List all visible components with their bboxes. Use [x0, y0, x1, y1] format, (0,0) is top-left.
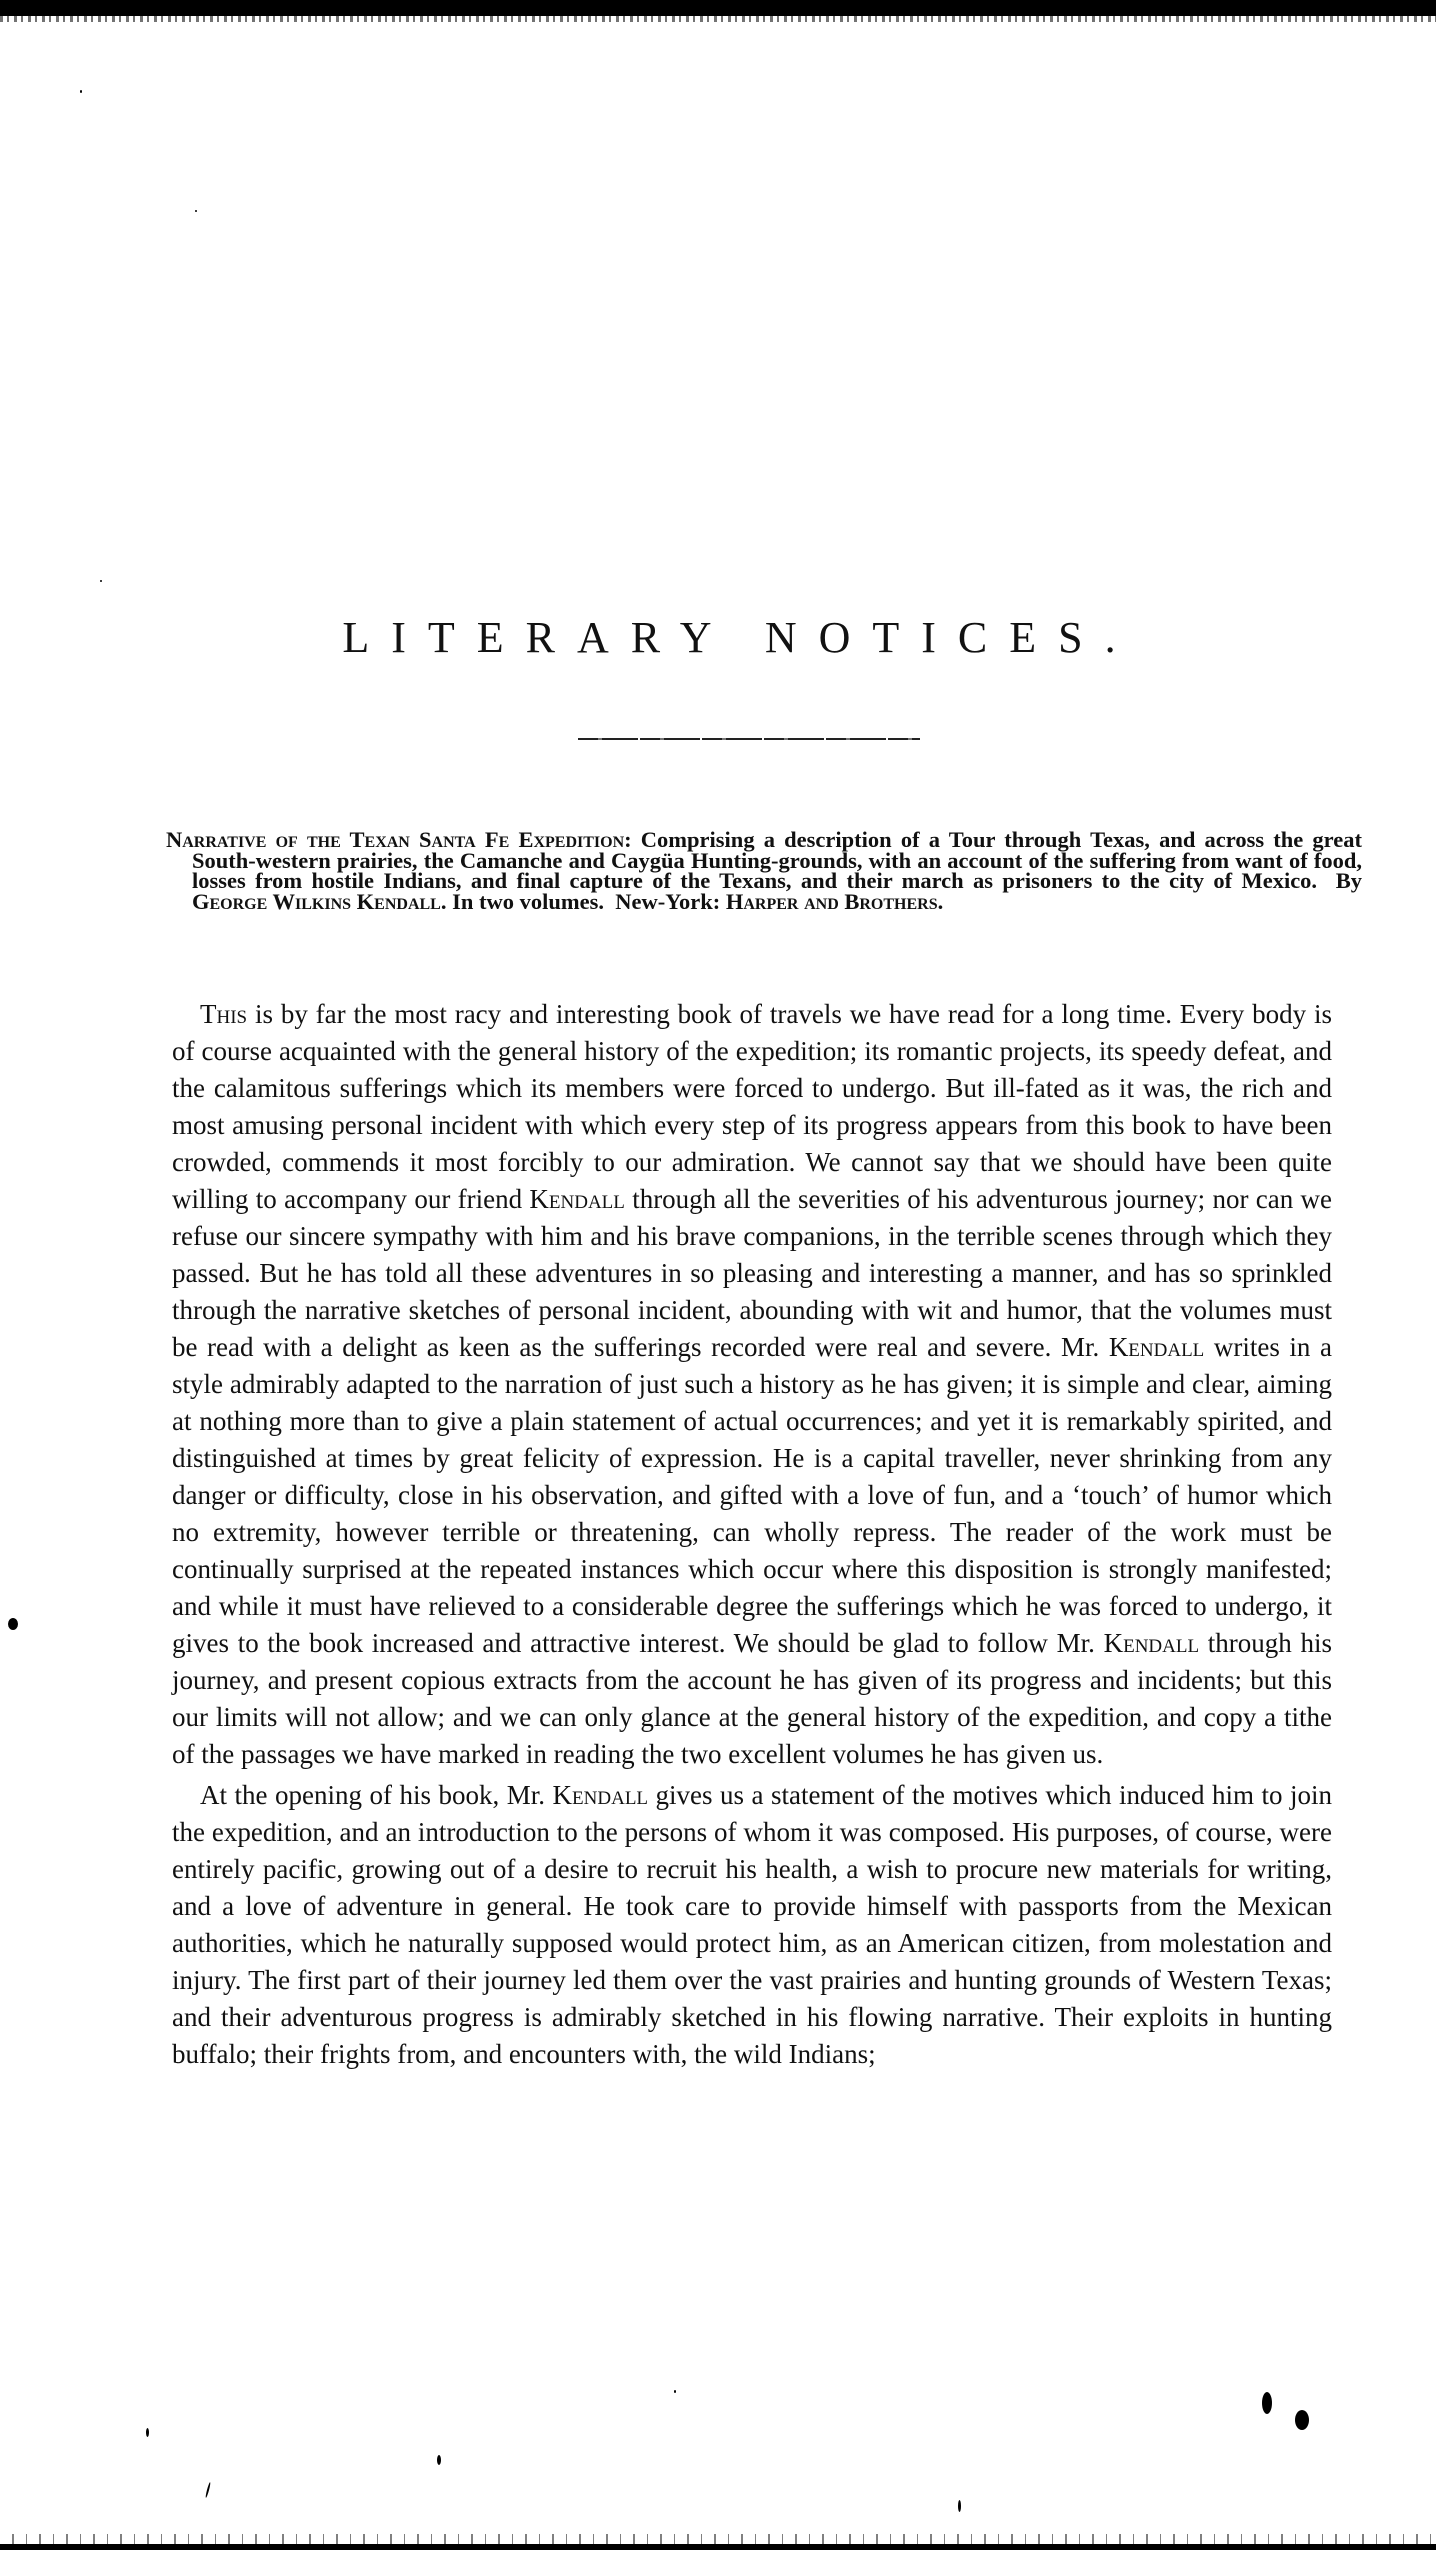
publication-place: New-York: [615, 889, 720, 914]
review-paragraph-1: This is by far the most racy and interes… [172, 996, 1332, 1773]
by-label: By [1336, 868, 1362, 893]
scan-speck [195, 210, 197, 212]
book-author: George Wilkins Kendall. [192, 889, 446, 914]
scan-speck [100, 580, 102, 582]
scan-speck [80, 90, 82, 93]
scan-speck [1262, 2392, 1272, 2414]
text-segment: is by far the most racy and interesting … [172, 999, 1332, 1214]
scan-speck [8, 1618, 18, 1630]
book-publisher: Harper and Brothers. [726, 889, 943, 914]
author-name: Kendall [1109, 1332, 1204, 1362]
author-name: Kendall [1104, 1628, 1199, 1658]
text-segment: gives us a statement of the motives whic… [172, 1780, 1332, 2069]
text-segment: At the opening of his book, Mr. [200, 1780, 553, 1810]
review-paragraph-2: At the opening of his book, Mr. Kendall … [172, 1777, 1332, 2073]
paragraph-lead-word: This [200, 999, 247, 1029]
scan-speck [146, 2428, 149, 2437]
scan-speck [205, 2482, 211, 2498]
scan-bottom-edge [0, 2544, 1436, 2550]
section-title: LITERARY NOTICES. [0, 612, 1436, 663]
scan-speck [958, 2500, 961, 2512]
book-notice-heading: Narrative of the Texan Santa Fe Expediti… [166, 830, 1362, 912]
scan-speck [674, 2390, 676, 2393]
author-name: Kendall [529, 1184, 624, 1214]
scan-speck [1295, 2410, 1309, 2430]
scan-speck [437, 2455, 441, 2465]
review-body: This is by far the most racy and interes… [172, 996, 1332, 2073]
title-divider-rule [578, 738, 920, 740]
text-segment: writes in a style admirably adapted to t… [172, 1332, 1332, 1658]
scan-top-edge [0, 0, 1436, 16]
author-name: Kendall [553, 1780, 648, 1810]
book-volumes: In two volumes. [452, 889, 604, 914]
